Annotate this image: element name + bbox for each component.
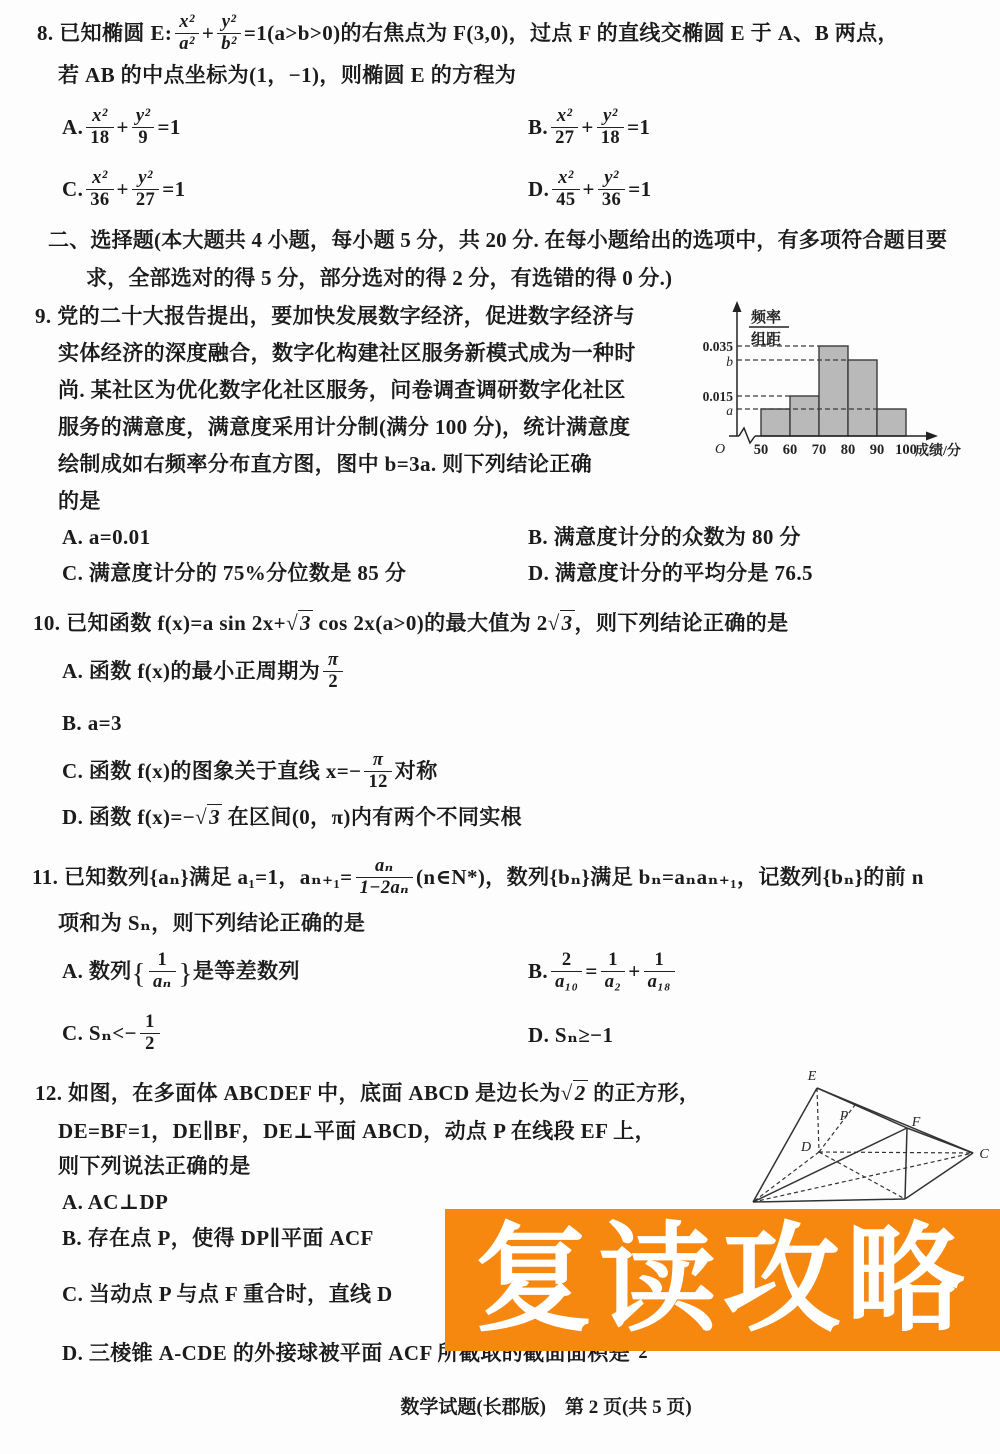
q8-text-post: =1(a>b>0)的右焦点为 F(3,0)，过点 F 的直线交椭圆 E 于 A、…	[244, 21, 899, 45]
q8-option-d: D.x²45+y²36=1	[528, 170, 652, 212]
y-axis-label-bottom: 组距	[751, 330, 781, 348]
q12-option-a: A. AC⊥DP	[62, 1189, 168, 1215]
section2-heading-line2: 求，全部选对的得 5 分，部分选对的得 2 分，有选错的得 0 分.)	[86, 265, 672, 291]
fraction: 1a₂	[601, 950, 626, 992]
sqrt-radical: √2	[561, 1080, 588, 1105]
polyhedron-figure: E P D C F	[738, 1056, 996, 1209]
vertex-label-f: F	[911, 1115, 921, 1130]
q8-option-b: B.x²27+y²18=1	[528, 108, 650, 150]
fraction: x²27	[551, 106, 578, 148]
option-label: D.	[528, 177, 549, 201]
bar-50-60	[761, 409, 790, 436]
q10-option-a: A. 函数 f(x)的最小正周期为π2	[62, 652, 346, 694]
axis-break	[739, 428, 755, 443]
vertex-label-e: E	[807, 1069, 817, 1084]
bar-60-70	[790, 396, 819, 436]
watermark-text: 复读攻略	[474, 1221, 970, 1339]
q9-stem-line: 尚. 某社区为优化数字化社区服务，问卷调查调研数字化社区	[58, 377, 626, 403]
fraction: y²b²	[217, 12, 241, 54]
fraction: x²36	[86, 168, 113, 210]
q11-option-a: A. 数列{1aₙ}是等差数列	[62, 952, 300, 994]
watermark-banner: 复读攻略	[445, 1209, 1000, 1351]
left-brace: {	[132, 958, 146, 990]
x-tick: 80	[841, 442, 856, 458]
page-footer: 数学试题(长郡版) 第 2 页(共 5 页)	[0, 1392, 1000, 1419]
q11-stem-line1: 11. 已知数列{aₙ}满足 a₁=1，aₙ₊₁=aₙ1−2aₙ(n∈N*)，数…	[32, 858, 924, 900]
q11-option-b: B.2a₁₀=1a₂+1a₁₈	[528, 952, 678, 994]
fraction: π12	[364, 750, 391, 792]
fraction: y²36	[598, 168, 625, 210]
q9-option-b: B. 满意度计分的众数为 80 分	[528, 524, 801, 550]
x-tick: 90	[870, 442, 885, 458]
fraction: 2a₁₀	[551, 950, 582, 992]
fraction: y²9	[132, 106, 155, 148]
fraction: y²27	[132, 168, 159, 210]
q12-option-b: B. 存在点 P，使得 DP∥平面 ACF	[62, 1225, 374, 1251]
x-tick: 50	[754, 442, 769, 458]
y-axis-arrow	[733, 301, 742, 312]
q11-option-c: C. Sₙ<−12	[62, 1014, 163, 1056]
option-label: C.	[62, 177, 83, 201]
q12-stem-line2: DE=BF=1，DE∥BF，DE⊥平面 ABCD，动点 P 在线段 EF 上，	[58, 1118, 656, 1144]
q10-stem: 10. 已知函数 f(x)=a sin 2x+√3 cos 2x(a>0)的最大…	[33, 610, 789, 636]
origin-label: O	[715, 442, 725, 457]
q10-option-d: D. 函数 f(x)=−√3 在区间(0，π)内有两个不同实根	[62, 804, 522, 830]
fraction: x²a²	[175, 12, 199, 54]
q8-stem-line2: 若 AB 的中点坐标为(1，−1)，则椭圆 E 的方程为	[58, 62, 516, 88]
fraction: y²18	[597, 106, 624, 148]
vertex-label-p: P	[839, 1109, 849, 1124]
q11-stem-line2: 项和为 Sₙ，则下列结论正确的是	[58, 910, 365, 936]
q9-option-d: D. 满意度计分的平均分是 76.5	[528, 560, 813, 586]
fraction: π2	[323, 650, 343, 692]
q10-option-b: B. a=3	[62, 710, 122, 736]
q12-stem-line3: 则下列说法正确的是	[58, 1153, 251, 1179]
hidden-edges	[753, 1088, 973, 1202]
q9-stem-line: 绘制成如右频率分布直方图，图中 b=3a. 则下列结论正确	[58, 451, 592, 477]
bar-80-90	[848, 360, 877, 436]
x-axis-label: 成绩/分	[915, 442, 961, 459]
y-axis-label-top: 频率	[751, 308, 781, 326]
fraction: 12	[140, 1012, 160, 1054]
section2-heading-line1: 二、选择题(本大题共 4 小题，每小题 5 分，共 20 分. 在每小题给出的选…	[48, 227, 947, 253]
option-label: B.	[528, 115, 548, 139]
sqrt-radical: √3	[548, 610, 575, 635]
q9-option-c: C. 满意度计分的 75%分位数是 85 分	[62, 560, 406, 586]
q9-stem-line: 服务的满意度，满意度采用计分制(满分 100 分)，统计满意度	[58, 414, 630, 440]
y-tick: a	[726, 403, 733, 418]
y-tick: 0.015	[703, 389, 734, 404]
q12-stem-line1: 12. 如图，在多面体 ABCDEF 中，底面 ABCD 是边长为√2 的正方形…	[35, 1080, 700, 1106]
x-tick: 60	[783, 442, 798, 458]
sqrt-radical: √3	[286, 610, 313, 635]
q10-option-c: C. 函数 f(x)的图象关于直线 x=−π12对称	[62, 752, 438, 794]
x-axis-arrow	[926, 432, 938, 441]
q9-stem-line: 的是	[58, 488, 101, 514]
fraction: x²45	[552, 168, 579, 210]
q8-option-a: A.x²18+y²9=1	[62, 108, 181, 150]
q9-option-a: A. a=0.01	[62, 524, 150, 550]
q8-text: 8. 已知椭圆 E:	[37, 21, 172, 45]
q8-option-c: C.x²36+y²27=1	[62, 170, 186, 212]
q11-option-d: D. Sₙ≥−1	[528, 1022, 613, 1048]
vertex-label-c: C	[979, 1147, 989, 1162]
y-tick: 0.035	[703, 339, 734, 354]
frequency-histogram-figure: 频率 组距 0.035 b 0.015 a O 50 60 70 80 90 1…	[693, 296, 995, 468]
option-label: A.	[62, 115, 83, 139]
sqrt-radical: √3	[195, 804, 222, 829]
y-tick: b	[726, 354, 733, 369]
vertex-label-d: D	[800, 1140, 811, 1155]
plus-sign: +	[202, 21, 214, 45]
bar-90-100	[877, 409, 906, 436]
right-brace: }	[179, 958, 193, 990]
fraction: x²18	[86, 106, 113, 148]
q9-stem-line: 9. 党的二十大报告提出，要加快发展数字经济，促进数字经济与	[35, 303, 635, 329]
solid-edges	[753, 1088, 973, 1202]
x-tick: 100	[895, 442, 917, 458]
q8-stem-line1: 8. 已知椭圆 E:x²a²+y²b²=1(a>b>0)的右焦点为 F(3,0)…	[37, 14, 899, 56]
x-tick: 70	[812, 442, 827, 458]
fraction: aₙ1−2aₙ	[356, 856, 413, 898]
fraction: 1aₙ	[149, 950, 176, 992]
fraction: 1a₁₈	[644, 950, 675, 992]
q12-option-c: C. 当动点 P 与点 F 重合时，直线 D	[62, 1281, 393, 1307]
exam-page: 8. 已知椭圆 E:x²a²+y²b²=1(a>b>0)的右焦点为 F(3,0)…	[0, 0, 1000, 1454]
q9-stem-line: 实体经济的深度融合，数字化构建社区服务新模式成为一种时	[58, 340, 636, 366]
